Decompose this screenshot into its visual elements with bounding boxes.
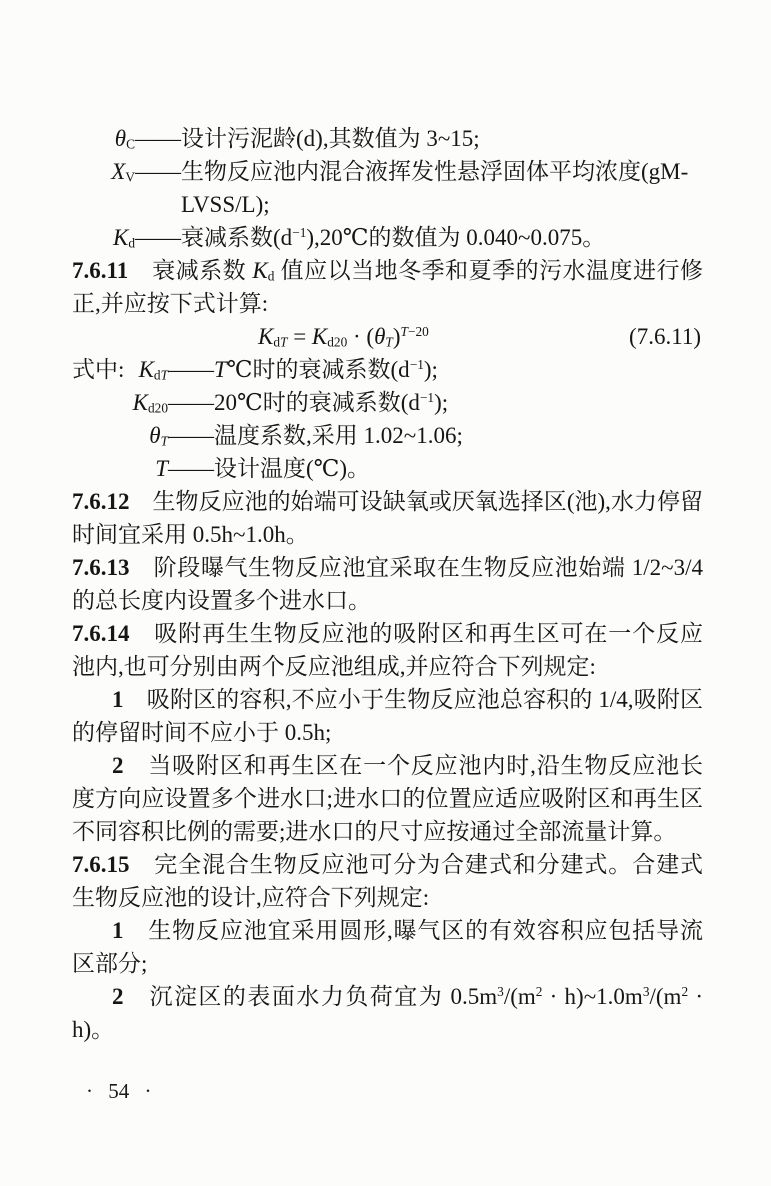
formula-definition-left: 式中:KdT: [72, 353, 168, 386]
equation-7-6-11-row: KdT = Kd20 · (θT)T−20 (7.6.11): [72, 320, 703, 353]
formula-definition-left: θT: [72, 419, 168, 452]
definition-text: T℃时的衰减系数(d−1);: [214, 353, 703, 386]
clause-7-6-14-item-2: 2 当吸附区和再生区在一个反应池内时,沿生物反应池长度方向应设置多个进水口;进水…: [72, 749, 703, 848]
clause-7-6-15-item-2: 2 沉淀区的表面水力负荷宜为 0.5m3/(m2 · h)~1.0m3/(m2 …: [72, 980, 703, 1046]
definition-term: θT: [149, 419, 168, 452]
clause-7-6-12: 7.6.12 生物反应池的始端可设缺氧或厌氧选择区(池),水力停留时间宜采用 0…: [72, 485, 703, 551]
definition-term: Kd20: [133, 386, 168, 419]
definition-theta-c: θC —— 设计污泥龄(d),其数值为 3~15;: [72, 122, 703, 155]
equation-expression: KdT = Kd20 · (θT)T−20: [258, 320, 429, 353]
definition-dash: ——: [135, 221, 181, 254]
where-label: 式中:: [72, 353, 124, 386]
definition-text: 20℃时的衰减系数(d−1);: [214, 386, 703, 419]
formula-definition-k-d20: Kd20 —— 20℃时的衰减系数(d−1);: [72, 386, 703, 419]
definition-x-v: XV —— 生物反应池内混合液挥发性悬浮固体平均浓度(gM-LVSS/L);: [72, 155, 703, 221]
definition-text: 生物反应池内混合液挥发性悬浮固体平均浓度(gM-LVSS/L);: [181, 155, 703, 221]
formula-definition-left: Kd20: [72, 386, 168, 419]
clause-7-6-11: 7.6.11 衰减系数 Kd 值应以当地冬季和夏季的污水温度进行修正,并应按下式…: [72, 254, 703, 320]
definition-text: 衰减系数(d−1),20℃的数值为 0.040~0.075。: [181, 221, 703, 254]
definition-text: 温度系数,采用 1.02~1.06;: [214, 419, 703, 452]
page-number: · 54 ·: [86, 1079, 152, 1104]
definition-term: Kd: [72, 221, 135, 254]
definition-k-d: Kd —— 衰减系数(d−1),20℃的数值为 0.040~0.075。: [72, 221, 703, 254]
document-page: θC —— 设计污泥龄(d),其数值为 3~15; XV —— 生物反应池内混合…: [0, 0, 771, 1186]
definition-term: XV: [72, 155, 135, 221]
definition-text: 设计污泥龄(d),其数值为 3~15;: [181, 122, 703, 155]
definition-dash: ——: [135, 155, 181, 221]
definition-term: KdT: [139, 353, 168, 386]
definition-dash: ——: [135, 122, 181, 155]
formula-definition-theta-t: θT —— 温度系数,采用 1.02~1.06;: [72, 419, 703, 452]
clause-7-6-13: 7.6.13 阶段曝气生物反应池宜采取在生物反应池始端 1/2~3/4 的总长度…: [72, 551, 703, 617]
equation-number: (7.6.11): [629, 320, 701, 353]
definition-dash: ——: [168, 386, 214, 419]
definition-dash: ——: [168, 419, 214, 452]
definition-term: θC: [72, 122, 135, 155]
clause-7-6-15-item-1: 1 生物反应池宜采用圆形,曝气区的有效容积应包括导流区部分;: [72, 914, 703, 980]
clause-7-6-14: 7.6.14 吸附再生生物反应池的吸附区和再生区可在一个反应池内,也可分别由两个…: [72, 617, 703, 683]
clause-7-6-14-item-1: 1 吸附区的容积,不应小于生物反应池总容积的 1/4,吸附区的停留时间不应小于 …: [72, 683, 703, 749]
formula-definition-t: T —— 设计温度(℃)。: [72, 452, 703, 485]
definition-term: T: [155, 452, 168, 485]
definition-text: 设计温度(℃)。: [214, 452, 703, 485]
definition-dash: ——: [168, 353, 214, 386]
body-text: θC —— 设计污泥龄(d),其数值为 3~15; XV —— 生物反应池内混合…: [72, 122, 703, 1046]
clause-7-6-15: 7.6.15 完全混合生物反应池可分为合建式和分建式。合建式生物反应池的设计,应…: [72, 848, 703, 914]
formula-definition-left: T: [72, 452, 168, 485]
definition-dash: ——: [168, 452, 214, 485]
formula-definition-k-dt: 式中:KdT —— T℃时的衰减系数(d−1);: [72, 353, 703, 386]
